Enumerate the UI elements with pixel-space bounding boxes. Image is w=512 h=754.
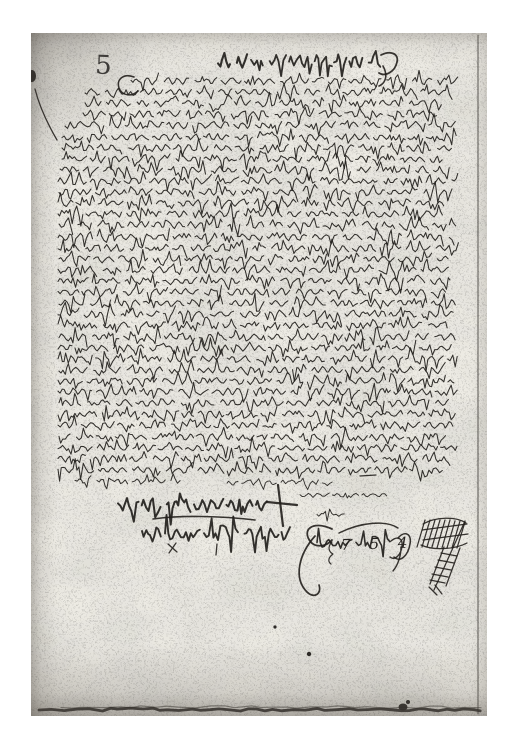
handwriting-layer [31,33,487,716]
year-digits: 7 5 4 [341,535,415,553]
bottom-edge-blot [406,700,410,704]
page-number: 5 [94,52,125,85]
small-ink-dot [273,625,276,628]
small-ink-dot [307,652,311,656]
scan-frame: 5 7 5 4 [0,0,512,754]
manuscript-page: 5 7 5 4 [31,33,487,716]
